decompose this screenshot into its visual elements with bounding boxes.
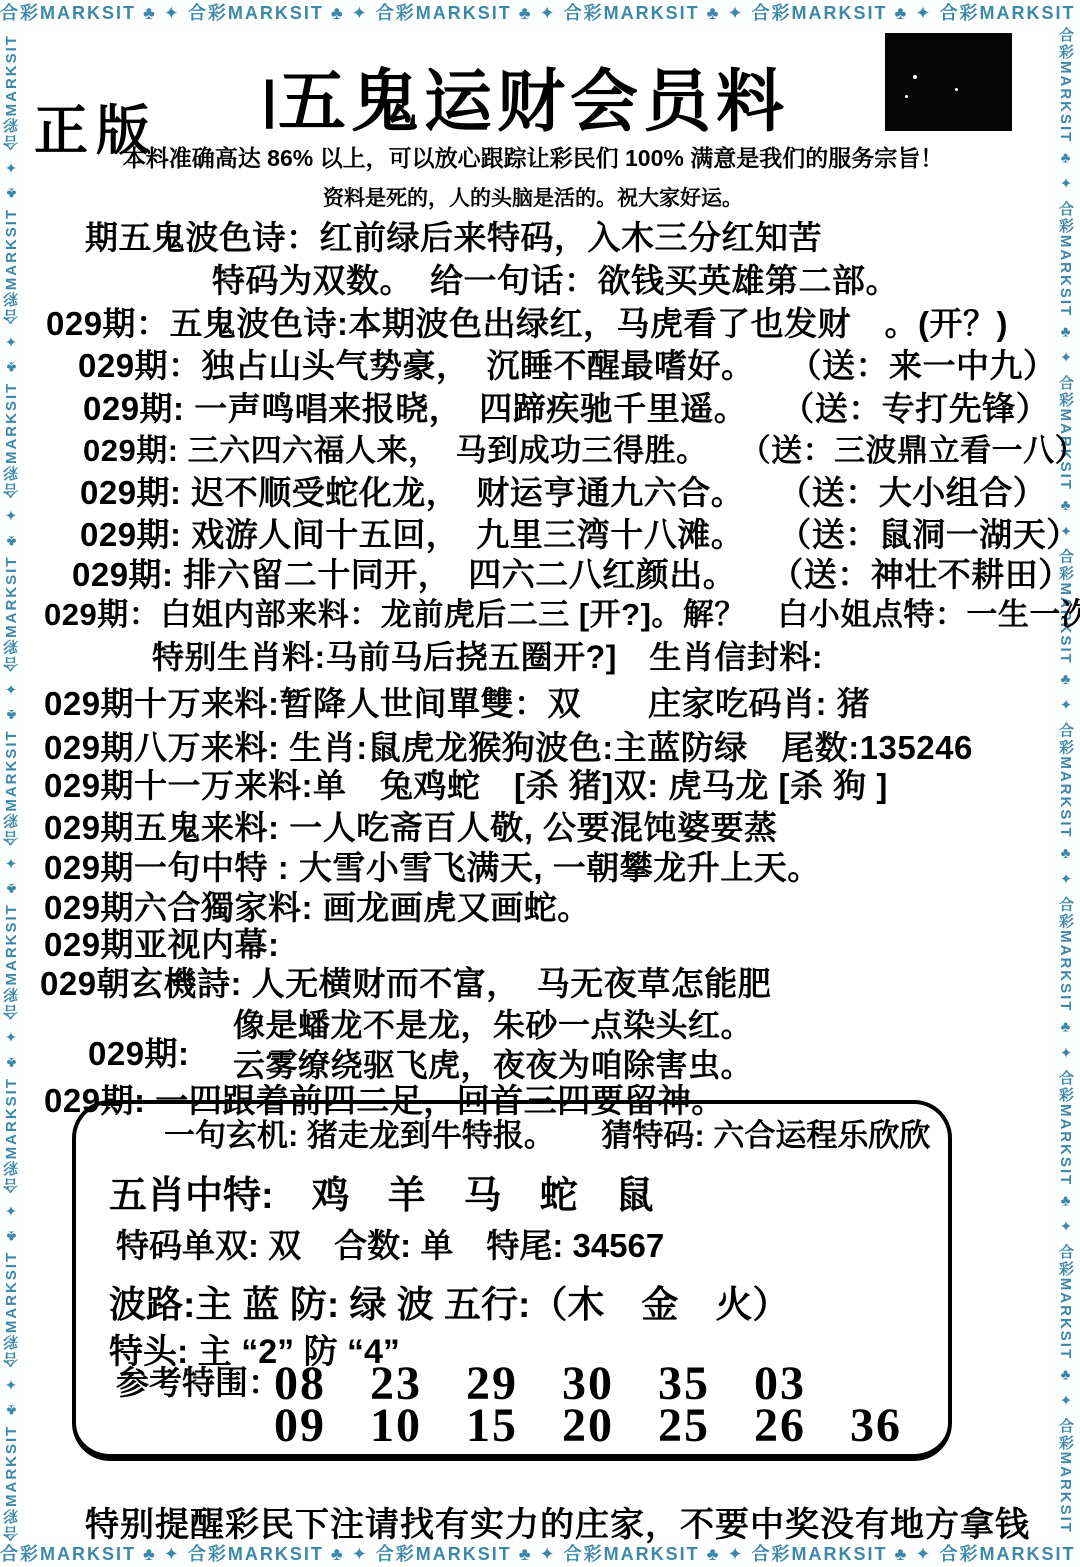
border-pattern-right: 合彩MARKSIT ♣ ✦ 合彩MARKSIT ♣ ✦ 合彩MARKSIT ♣ …	[1046, 27, 1080, 1541]
prediction-box: 一句玄机: 猪走龙到牛特报。 猜特码: 六合运程乐欣欣 五肖中特: 鸡 羊 马 …	[72, 1100, 952, 1461]
border-pattern-left: 合彩MARKSIT ♣ ✦ 合彩MARKSIT ♣ ✦ 合彩MARKSIT ♣ …	[0, 27, 26, 1541]
accuracy-slogan: 本料准确高达 86% 以上，可以放心跟踪让彩民们 100% 满意是我们的服务宗旨…	[26, 140, 1040, 173]
box-mystery-line: 一句玄机: 猪走龙到牛特报。 猜特码: 六合运程乐欣欣	[164, 1110, 930, 1155]
prediction-line-verse-1: 029期：独占山头气势豪， 沉睡不醒最嗜好。 （送：来一中九）	[78, 340, 1057, 387]
prediction-line-zodiac-special: 特别生肖料:马前马后挠五圈开?] 生肖信封料:	[152, 632, 823, 678]
border-pattern-top: 合彩MARKSIT ♣ ✦ 合彩MARKSIT ♣ ✦ 合彩MARKSIT ♣ …	[0, 0, 1080, 27]
box-wave-elements: 波路:主 蓝 防: 绿 波 五行:（木 金 火）	[109, 1274, 789, 1328]
tip-sheet-page: 合彩MARKSIT ♣ ✦ 合彩MARKSIT ♣ ✦ 合彩MARKSIT ♣ …	[0, 0, 1080, 1567]
box-five-zodiac: 五肖中特: 鸡 羊 马 蛇 鼠	[109, 1164, 654, 1219]
prediction-line-100k: 029期十万来料:暂降人世间單雙：双 庄家吃码肖: 猪	[44, 678, 870, 725]
title-tick-mark: |	[262, 70, 277, 130]
prediction-line-even-hint: 特码为双数。 给一句话：欲钱买英雄第二部。	[212, 255, 899, 302]
prediction-line-verse-2: 029期: 一声鸣唱来报晓， 四蹄疾驰千里遥。 （送：专打先锋）	[83, 383, 1049, 430]
page-title: 五鬼运财会员料	[278, 48, 789, 145]
bettor-warning: 特别提醒彩民下注请找有实力的庄家，不要中奖没有地方拿钱	[85, 1497, 1030, 1546]
box-ref-label: 参考特围：	[116, 1357, 281, 1404]
box-odd-even-tail: 特码单双: 双 合数: 单 特尾: 34567	[116, 1220, 664, 1267]
couplet-issue-label: 029期:	[88, 1028, 190, 1075]
black-stamp-block	[885, 33, 1012, 131]
box-ref-numbers-row2: 09 10 15 20 25 26 36	[274, 1398, 902, 1453]
prediction-line-wave-poem: 期五鬼波色诗：红前绿后来特码，入木三分红知苦	[85, 212, 822, 259]
prediction-line-110k: 029期十一万来料:单 兔鸡蛇 [杀 猪]双: 虎马龙 [杀 狗 ]	[44, 760, 888, 807]
prediction-line-baijie: 029期：白姐内部来料：龙前虎后二三 [开?]。解？ 白小姐点特：一生一次	[44, 589, 1080, 634]
luck-slogan: 资料是死的，人的头脑是活的。祝大家好运。	[26, 182, 1040, 212]
prediction-line-verse-4: 029期: 迟不顺受蛇化龙， 财运亨通九六合。 （送：大小组合）	[80, 467, 1046, 514]
prediction-line-wave-029: 029期：五鬼波色诗:本期波色出绿红，马虎看了也发财 。(开？)	[46, 298, 1008, 345]
prediction-line-verse-3: 029期: 三六四六福人来， 马到成功三得胜。 （送：三波鼎立看一八）	[83, 425, 1080, 470]
prediction-line-mystic-poem: 029朝玄機詩: 人无横财而不富， 马无夜草怎能肥	[40, 958, 771, 1005]
